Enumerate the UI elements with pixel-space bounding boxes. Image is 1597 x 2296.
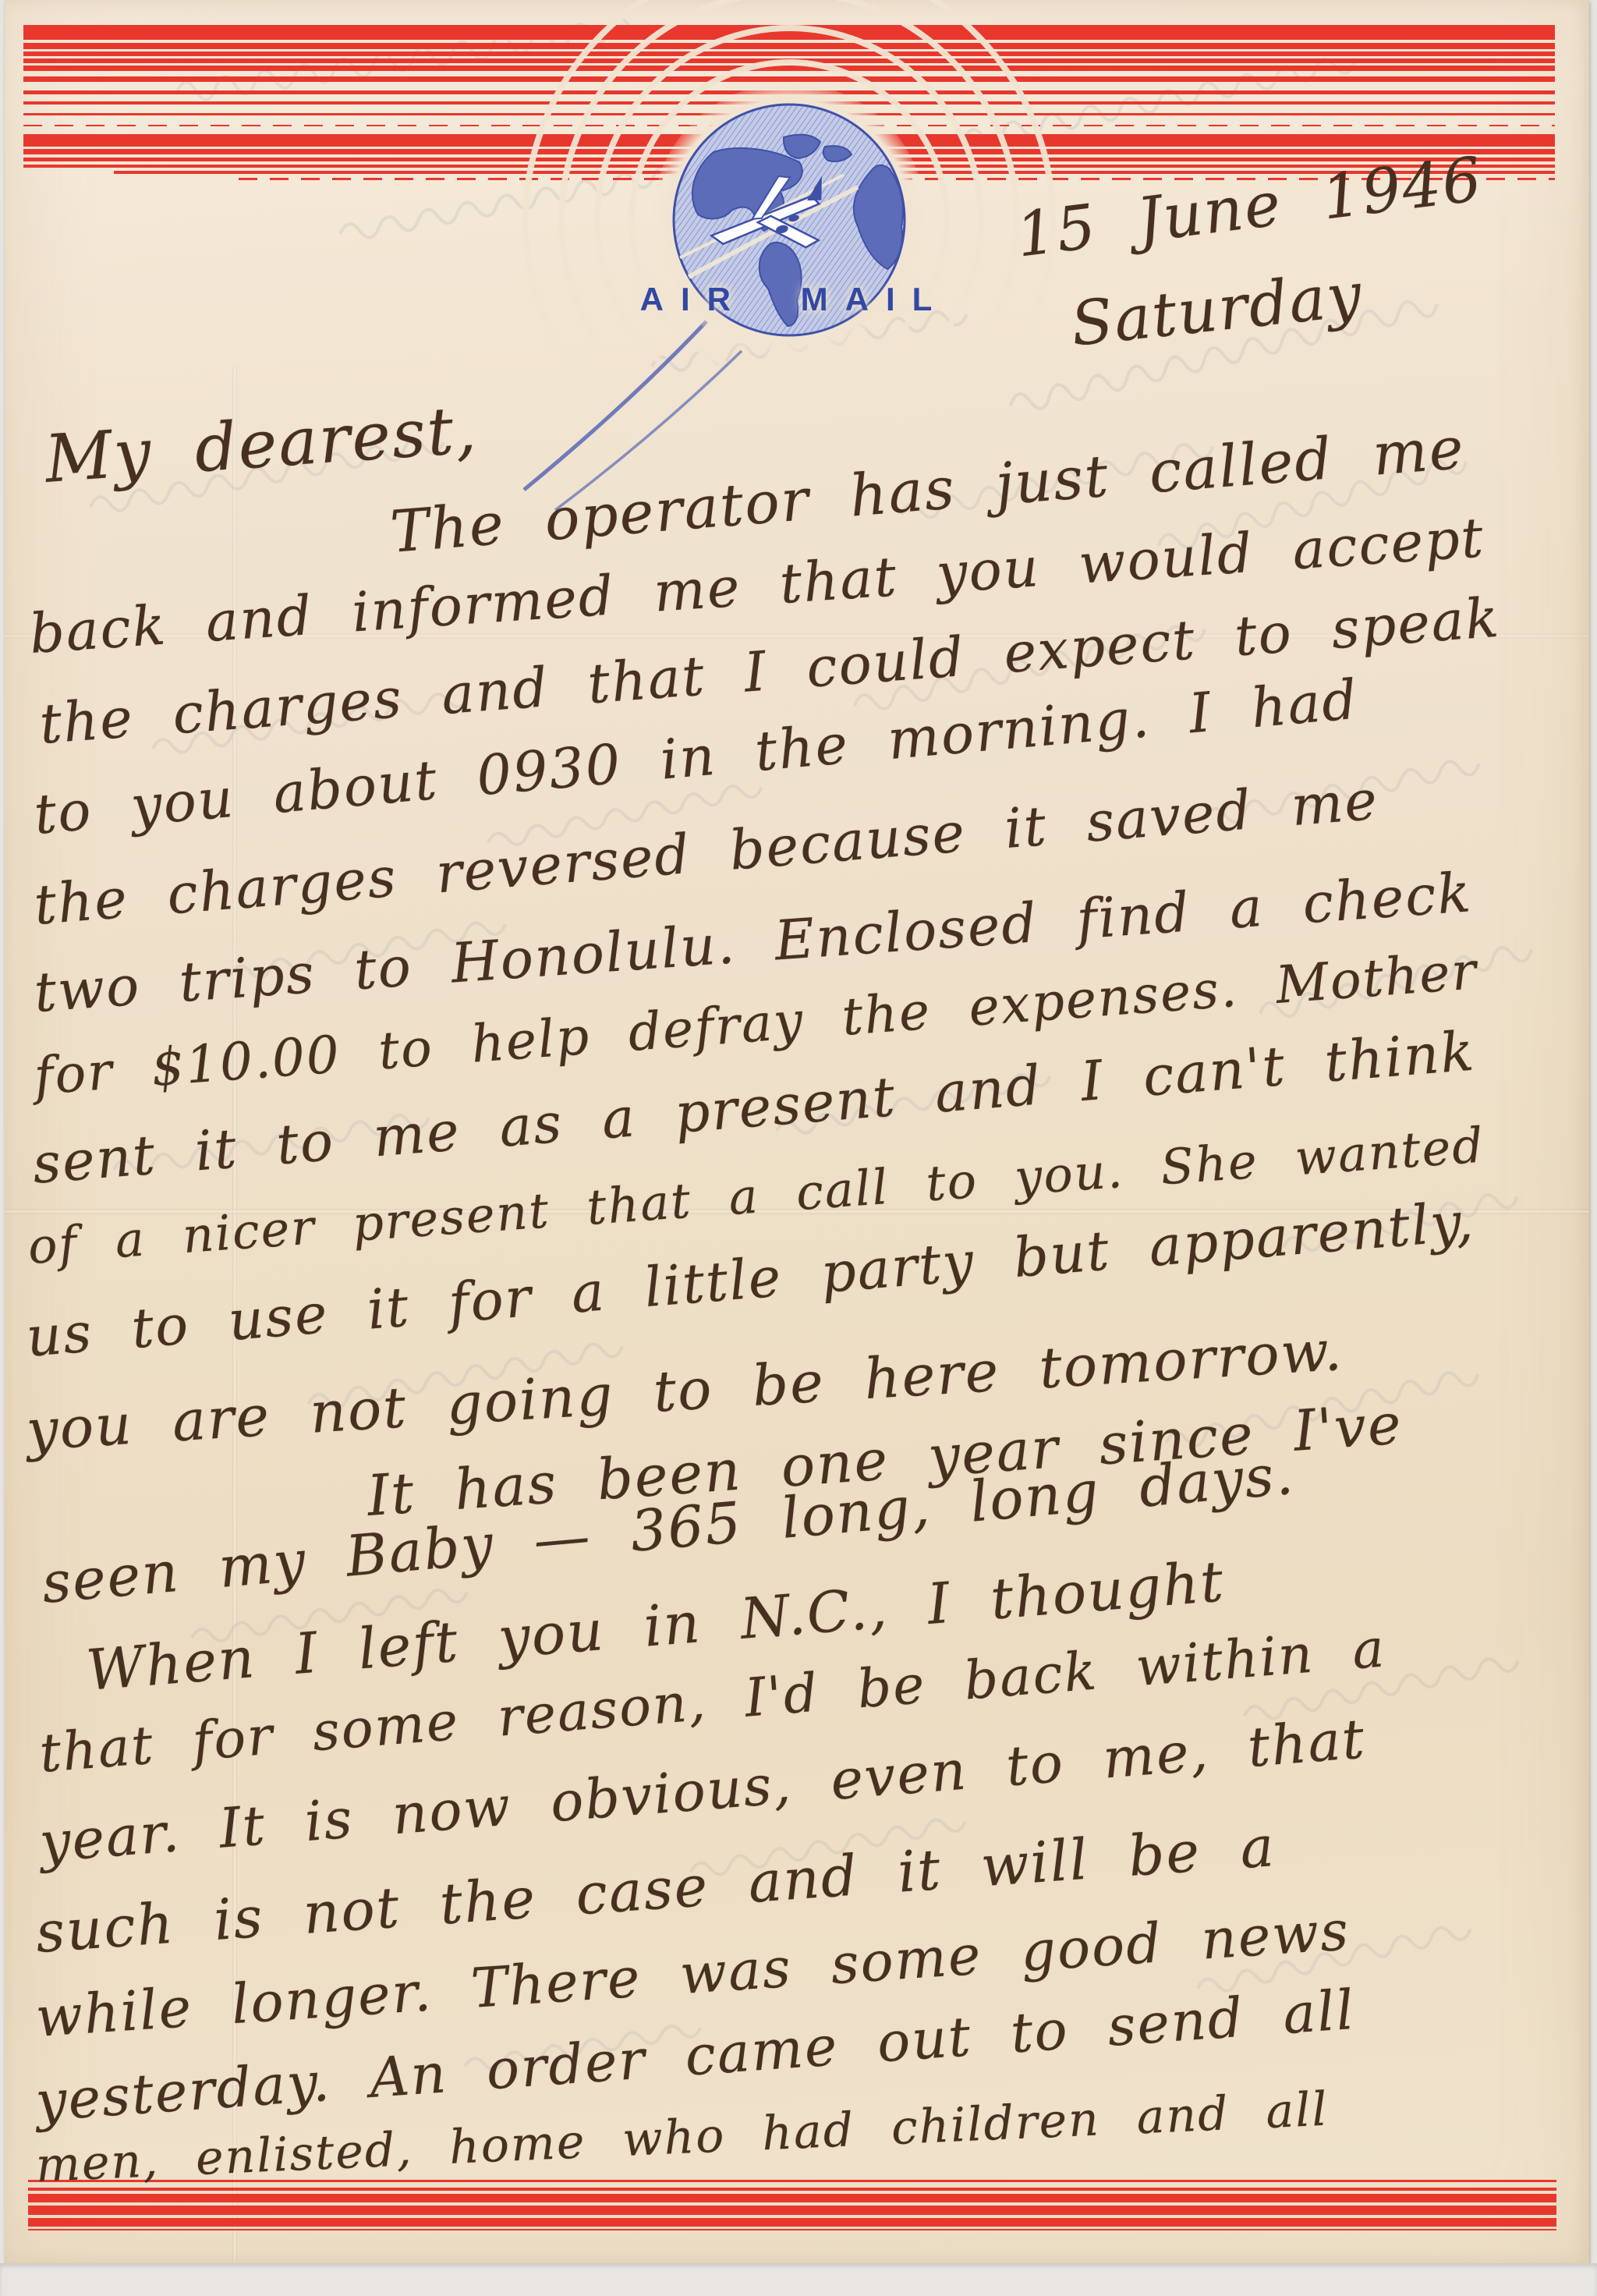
red-stripe bbox=[28, 2206, 1556, 2215]
airmail-label: AIR MAIL bbox=[635, 281, 954, 318]
red-stripe bbox=[28, 2218, 1556, 2227]
red-stripe bbox=[28, 2229, 1556, 2230]
scan-edge bbox=[0, 2263, 1597, 2296]
letter-page: AIR MAIL 15 June 1946 Saturday My deares… bbox=[5, 0, 1589, 2263]
red-stripe bbox=[28, 2194, 1556, 2202]
red-stripe bbox=[28, 2188, 1556, 2191]
